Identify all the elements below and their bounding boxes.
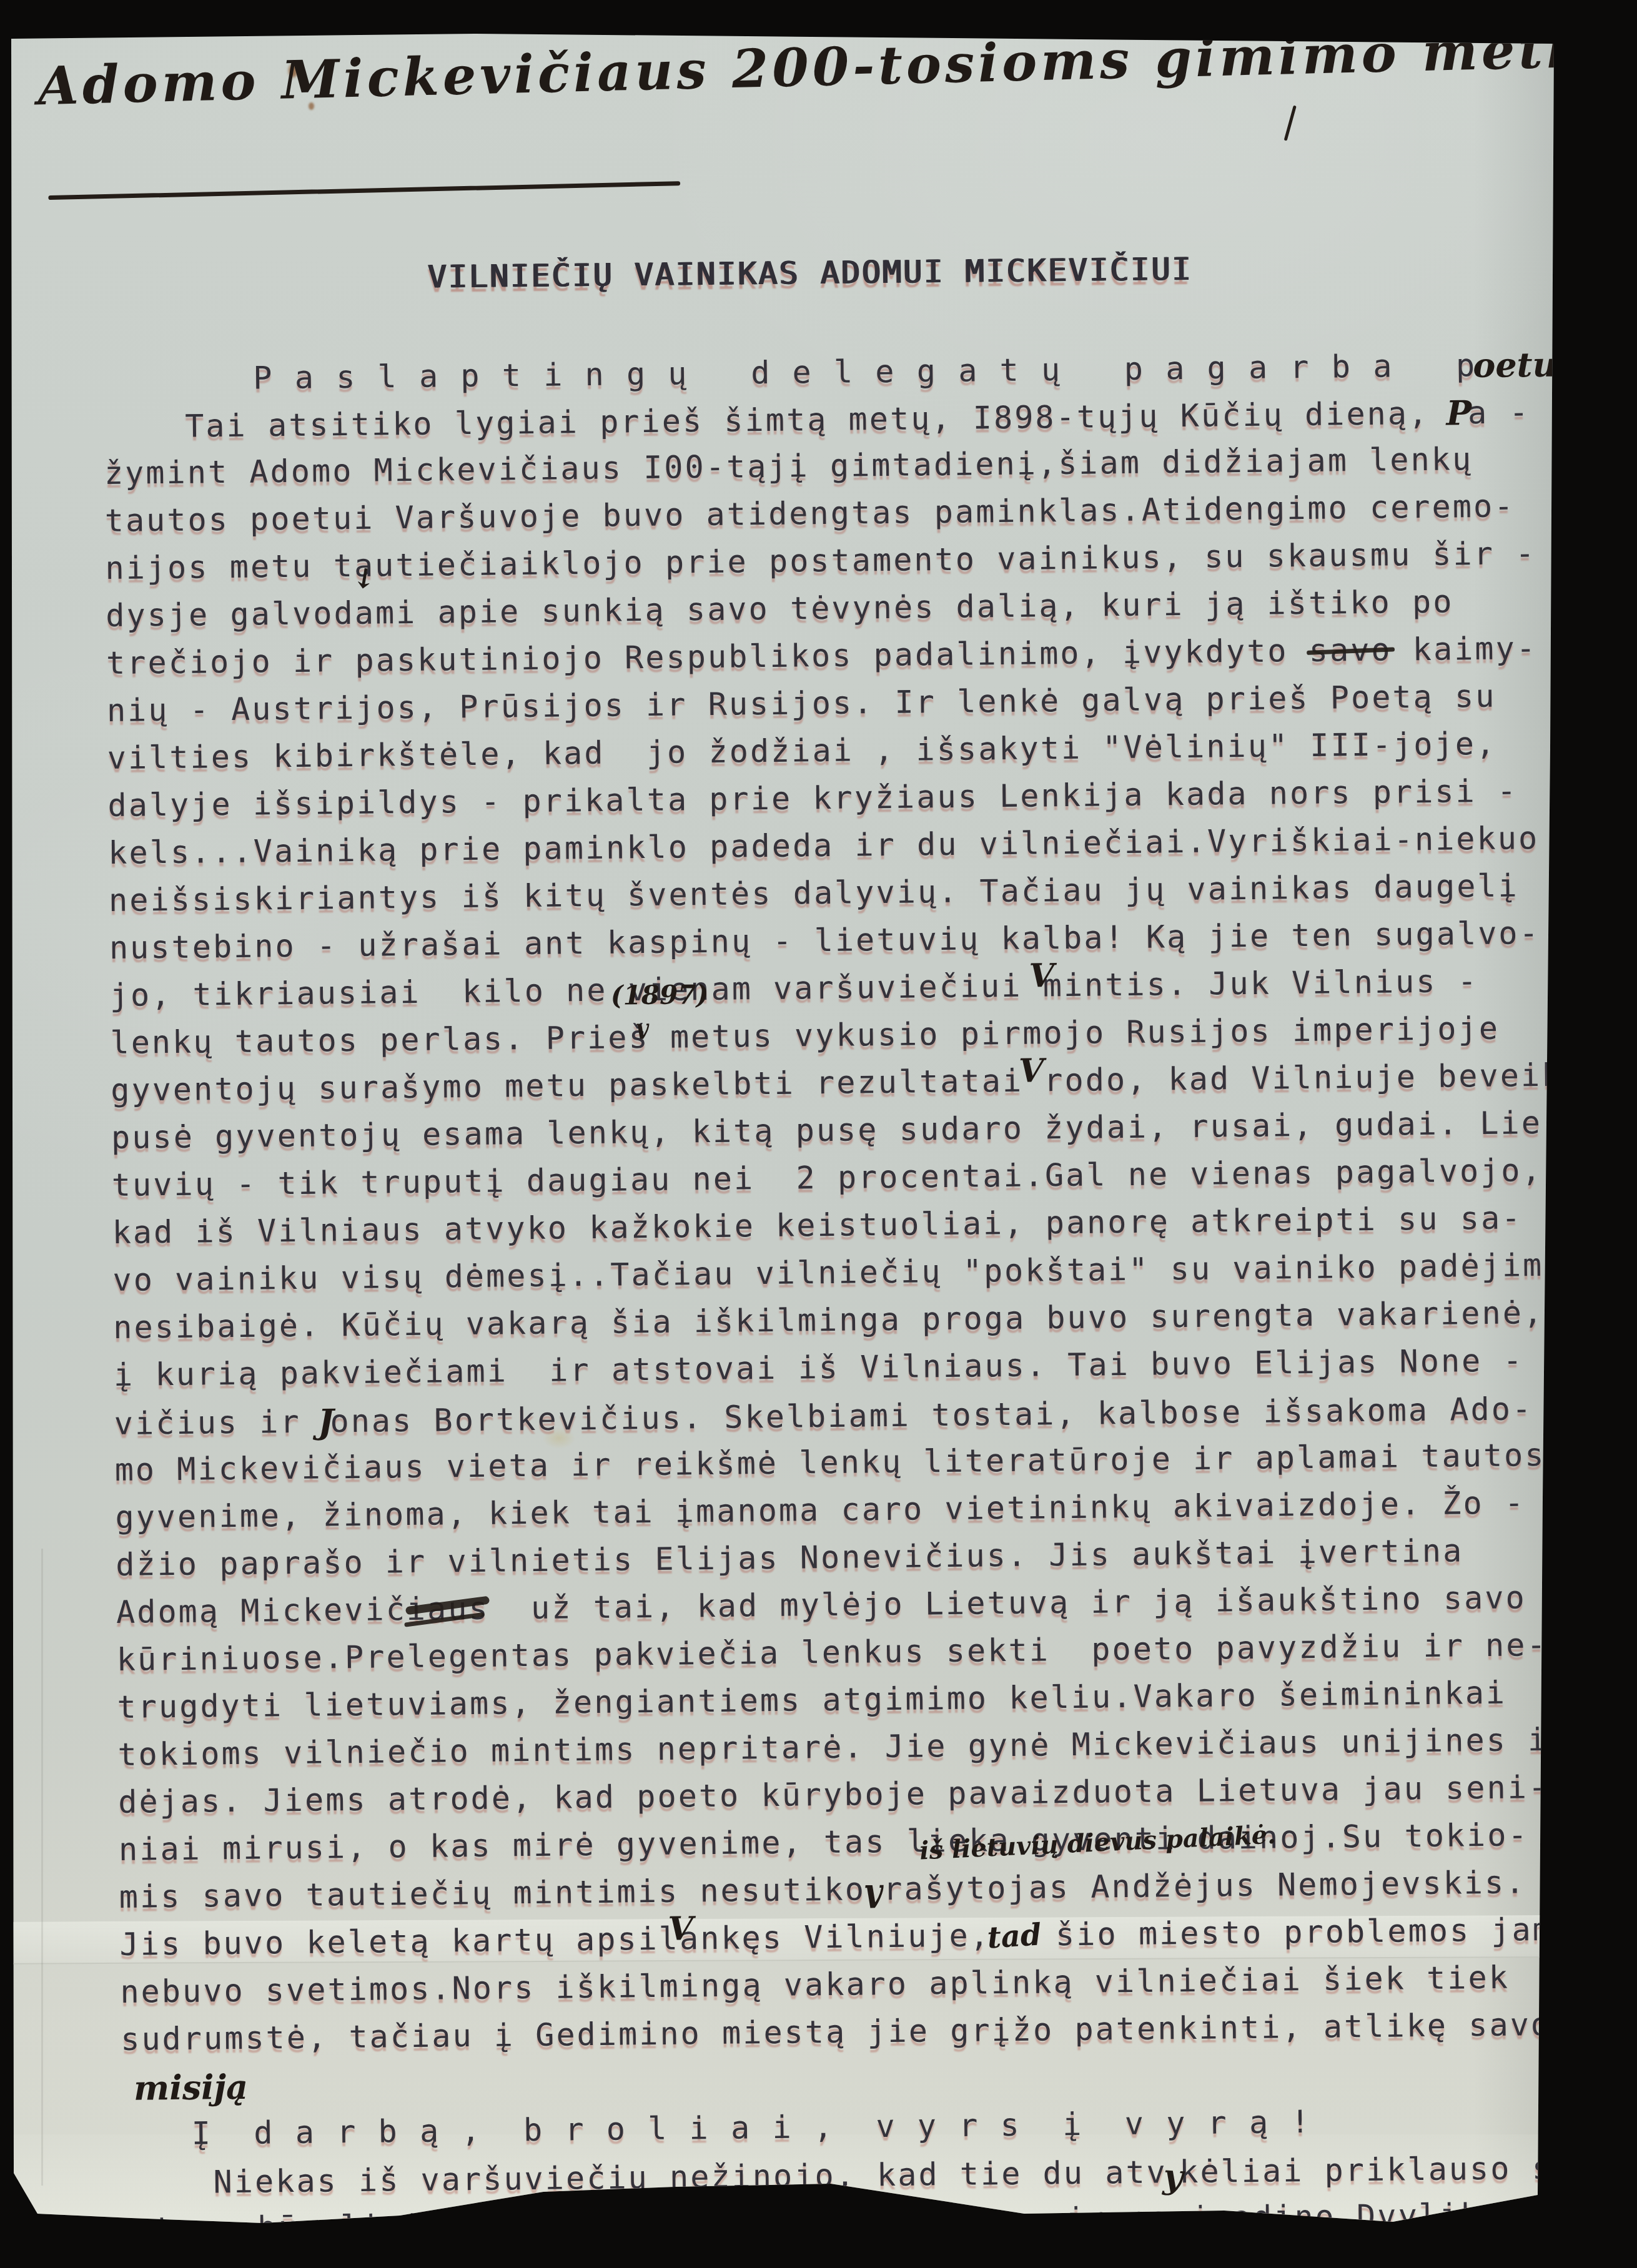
typed-text: džio paprašo ir vilnietis Elijas Nonevič…: [116, 1532, 1464, 1583]
typed-text: P a s l a p t i n g ų d e l e g a t ų p …: [253, 347, 1476, 397]
typed-text: sudrumstė, tačiau į Gedimino miestą jie …: [121, 2006, 1551, 2058]
ink-v-overstrike: V: [668, 1910, 693, 1948]
typed-text: onas Bortkevičius. Skelbiami tostai, kal…: [330, 1391, 1533, 1439]
typed-text: žymint Adomo Mickevičiaus I00-tąjį gimta…: [104, 441, 1473, 491]
typed-text: nių - Austrijos, Prūsijos ir Rusijos. Ir…: [107, 678, 1496, 729]
typed-text: tam būreliui, kuris buvo įsteigtas I897 …: [154, 2196, 1543, 2247]
typed-text: tautos poetui Varšuvoje buvo atidengtas …: [104, 488, 1515, 539]
handwritten-header: Adomo Mickevičiaus 200-tosioms gimimo me…: [37, 14, 1637, 117]
handwritten-correction: y: [1162, 2152, 1185, 2201]
typed-text: dysje galvodami apie sunkią savo tėvynės…: [106, 583, 1454, 634]
typed-text: rašytojas Andžėjus Nemojevskis.: [883, 1864, 1526, 1907]
typed-text: nebuvo svetimos.Nors iškilmingą vakaro a…: [120, 1960, 1510, 2010]
typed-text: Jis buvo keletą kartų apsilankęs Vilniuj…: [119, 1917, 991, 1963]
document-title: VILNIEČIŲ VAINIKAS ADOMUI MICKEVIČIUI: [427, 251, 1192, 295]
census-year-annotation: (1897): [611, 979, 709, 1011]
typed-text: vičius ir: [114, 1404, 322, 1442]
typed-text: mis savo tautiečių mintimis nesutiko: [119, 1871, 866, 1915]
handwritten-correction: J: [318, 1398, 334, 1445]
typed-text: kaimy-: [1392, 630, 1537, 668]
typed-text: gyvenime, žinoma, kiek tai įmanoma caro …: [115, 1484, 1525, 1536]
typed-text: neišsiskiriantys iš kitų šventės dalyvių…: [109, 867, 1519, 919]
ink-v-overstrike: V: [1019, 1052, 1044, 1090]
handwritten-underline: [48, 181, 680, 200]
page-content: Adomo Mickevičiaus 200-tosioms gimimo me…: [0, 0, 1637, 2268]
typed-text: trečiojo ir paskutiniojo Respublikos pad…: [106, 633, 1309, 681]
typed-text: už tai, kad mylėjo Lietuvą ir ją išaukšt…: [489, 1579, 1526, 1626]
census-caret-annotation: v: [636, 1012, 649, 1047]
handwritten-correction: P: [1446, 389, 1471, 436]
typed-text: šio miesto problemos jam: [1035, 1911, 1554, 1953]
ink-stray-mark: [1284, 106, 1297, 141]
typed-text: kad iš Vilniaus atvyko kažkokie keistuol…: [112, 1200, 1522, 1251]
typed-text: kėliai priklauso slap-: [1179, 2149, 1636, 2191]
typed-text: Niekas iš varšuviečių nežinojo, kad tie …: [213, 2154, 1167, 2200]
struck-word: Vil-: [1543, 2196, 1626, 2232]
typed-text: vilties kibirkštėle, kad jo žodžiai , iš…: [107, 726, 1496, 776]
handwritten-note: misiją: [134, 2063, 249, 2112]
handwritten-caret: v: [864, 1861, 884, 1926]
typed-text: a -: [1468, 394, 1530, 431]
typed-text: į kurią pakviečiami ir atstovai iš Vilni…: [114, 1342, 1524, 1393]
struck-word: savo: [1309, 631, 1392, 668]
handwritten-correction: tad: [986, 1911, 1042, 1961]
document-page: Adomo Mickevičiaus 200-tosioms gimimo me…: [0, 0, 1637, 2268]
typed-text: Adomą Mickevič: [116, 1591, 407, 1630]
typed-text-block: P a s l a p t i n g ų d e l e g a t ų p …: [103, 339, 1622, 2253]
typed-text: Į d a r b ą , b r o l i a i , v y r s į …: [192, 2104, 1312, 2152]
typed-text: dalyje išsipildys - prikalta prie kryžia…: [107, 772, 1518, 824]
scribbled-word: iaus: [407, 1590, 490, 1627]
typed-text: lenkų tautos perlas. Prieš metus vykusio…: [110, 1010, 1500, 1061]
ink-v-overstrike: V: [1029, 957, 1054, 995]
handwritten-correction: oetui: [1473, 340, 1570, 389]
typed-text: trugdyti lietuviams, žengiantiems atgimi…: [117, 1675, 1506, 1725]
typed-text: jo, tikriausiai kilo ne vienam varšuvieč…: [109, 963, 1478, 1013]
typed-text: niai mirusi, o kas mirė gyvenime, tas li…: [119, 1817, 1529, 1868]
scanned-document: Adomo Mickevičiaus 200-tosioms gimimo me…: [0, 0, 1637, 2268]
